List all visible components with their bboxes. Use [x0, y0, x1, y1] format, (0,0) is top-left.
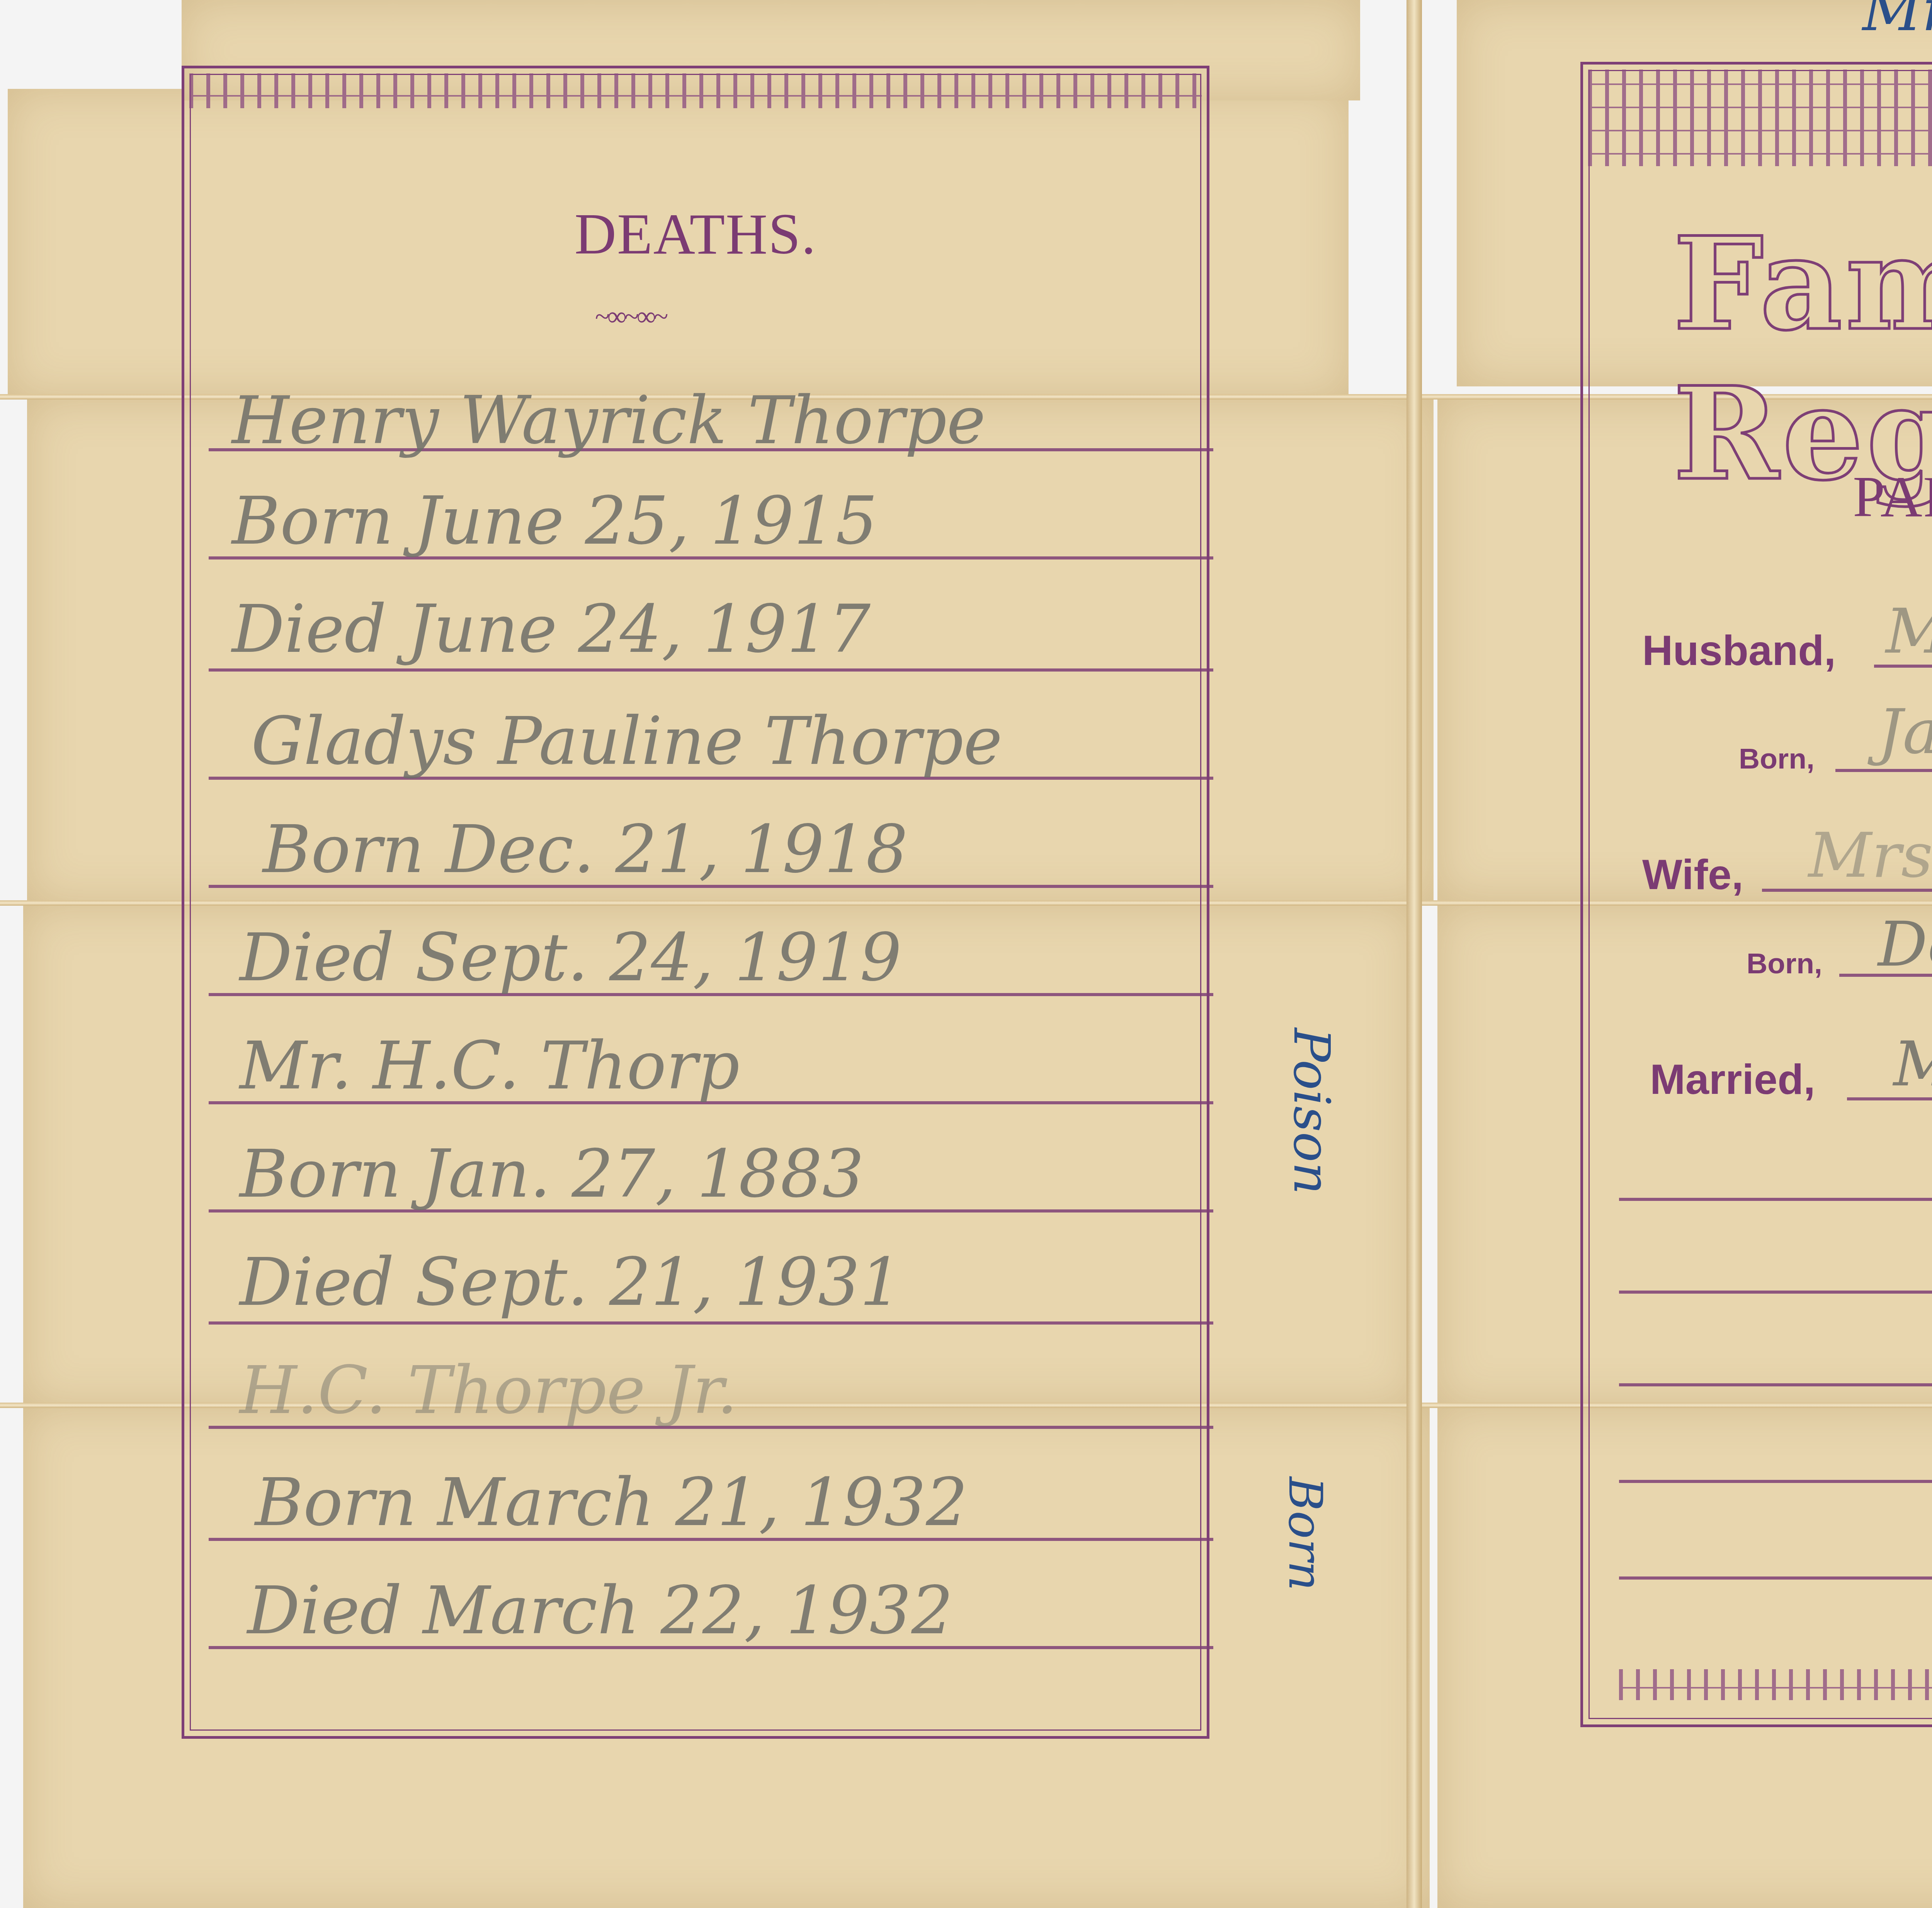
death-entry-line: Henry Wayrick Thorpe: [232, 383, 986, 459]
gutter-note-poison: Poison: [1282, 1028, 1341, 1195]
husband-value: Mr. H.C. Thorpe: [1886, 595, 1932, 667]
gutter-note-born: Born: [1278, 1477, 1332, 1591]
death-entry-line: Born Dec. 21, 1918: [263, 811, 908, 888]
ruled-line: [1619, 1291, 1932, 1294]
ruled-line: [1619, 1383, 1932, 1386]
ruled-line: [209, 668, 1213, 672]
parents-names-heading: PARENTS' NAMES.: [1739, 464, 1932, 530]
spine-fold: [1406, 0, 1422, 1908]
wife-label: Wife,: [1642, 850, 1743, 899]
death-entry-line: Died Sept. 24, 1919: [240, 920, 901, 996]
death-entry-line: Born March 21, 1932: [255, 1464, 968, 1541]
death-entry-line: Born June 25, 1915: [232, 483, 878, 559]
married-value: May 8, 1910: [1893, 1028, 1932, 1100]
top-ink-note: Mr.: [1862, 0, 1932, 44]
register-bottom-ornament: [1619, 1669, 1932, 1700]
register-top-ornament: [1588, 70, 1932, 166]
death-entry-line: Born Jan. 27, 1883: [240, 1136, 864, 1212]
ruled-line: [1619, 1576, 1932, 1580]
death-entry-line: Died Sept. 21, 1931: [240, 1244, 901, 1321]
husband-label: Husband,: [1642, 626, 1836, 675]
death-entry-line: H.C. Thorpe Jr.: [240, 1352, 738, 1429]
wife-value: Mrs. M.J.Z. ...: [1808, 819, 1932, 891]
ruled-line: [1619, 1198, 1932, 1201]
deaths-swirl-ornament: ~∞~∞~: [595, 301, 666, 332]
wife-born-label: Born,: [1747, 947, 1822, 980]
ruled-line: [209, 1321, 1213, 1325]
death-entry-line: Gladys Pauline Thorpe: [251, 703, 1002, 780]
ruled-line: [1835, 769, 1932, 772]
husband-born-value: Jan. 27, 1883: [1878, 696, 1932, 768]
death-entry-line: Mr. H.C. Thorp: [240, 1028, 740, 1104]
deaths-top-ornament: [189, 73, 1202, 108]
husband-born-label: Born,: [1739, 742, 1815, 775]
death-entry-line: Died March 22, 1932: [247, 1573, 953, 1649]
death-entry-line: Died June 24, 1917: [232, 591, 871, 668]
wife-born-value: Dec. 8, 1892: [1878, 908, 1932, 980]
married-label: Married,: [1650, 1055, 1815, 1104]
deaths-heading: DEATHS.: [502, 201, 889, 267]
ruled-line: [1619, 1480, 1932, 1483]
